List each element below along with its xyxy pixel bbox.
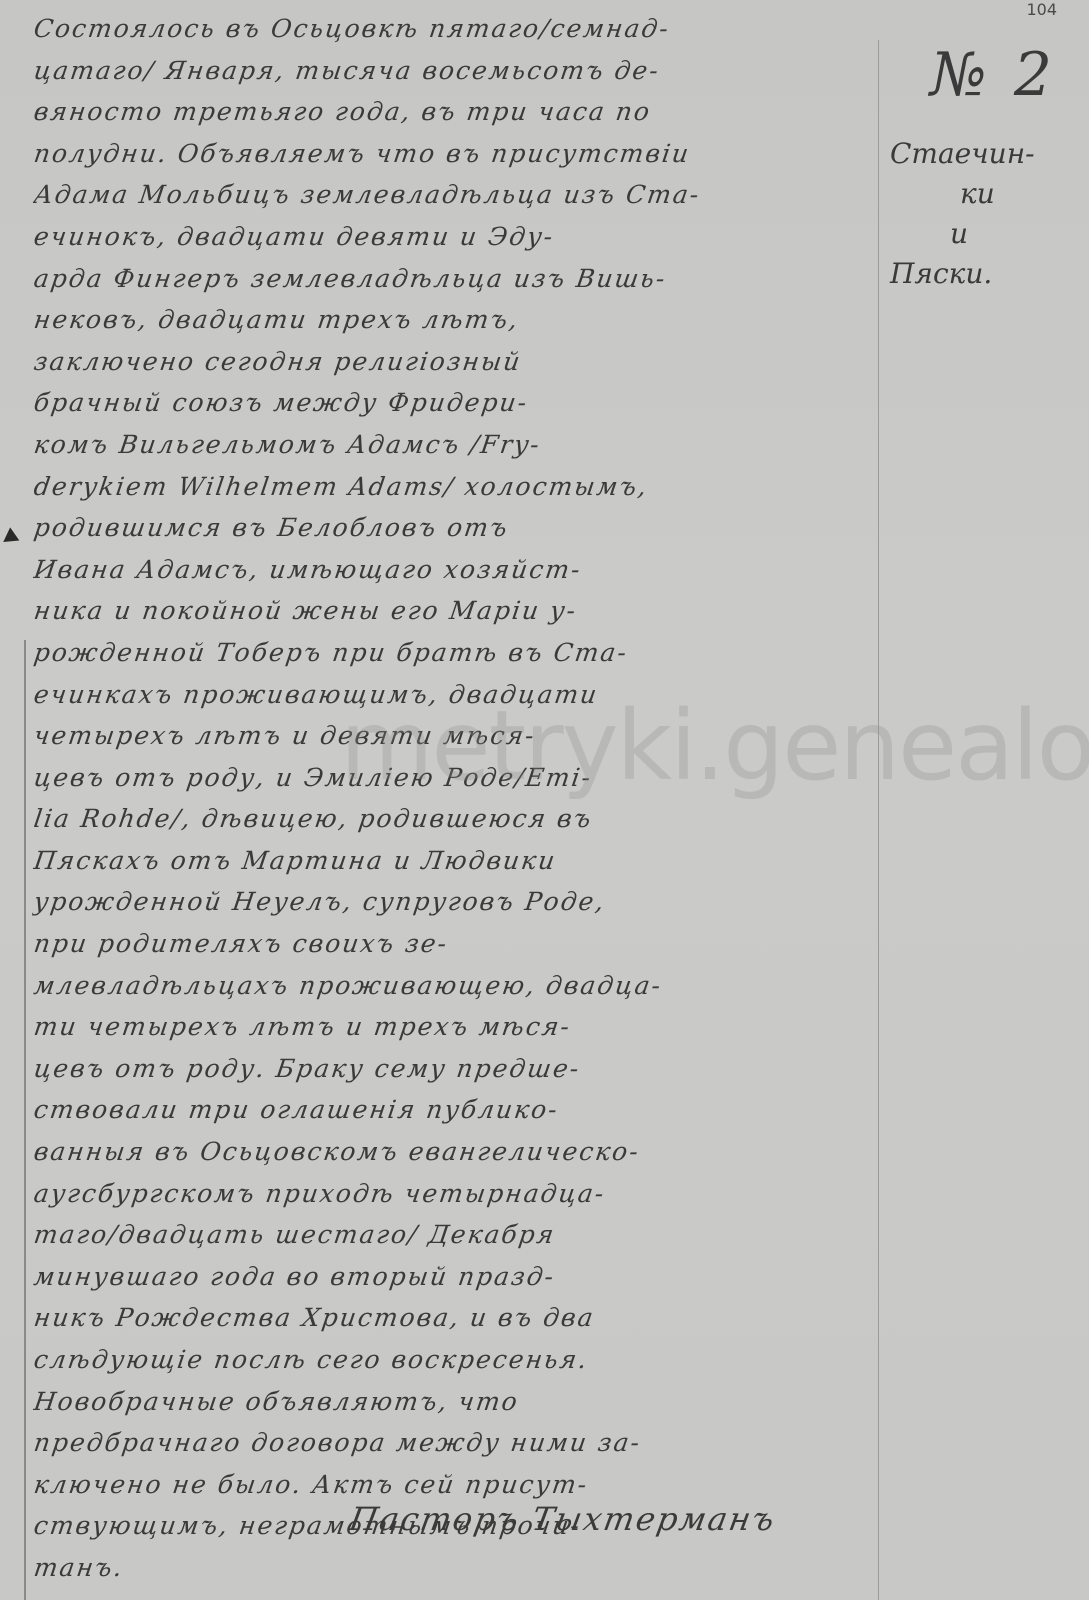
- act-number: № 2: [930, 40, 1080, 110]
- record-line: derykiem Wilhelmem Adams/ холостымъ,: [31, 466, 887, 508]
- document-page: 104 Состоялось въ Осьцовкѣ пятаго/семнад…: [0, 0, 1089, 1600]
- record-line: полудни. Объявляемъ что въ присутствіи: [31, 133, 887, 175]
- record-line: ечинкахъ проживающимъ, двадцати: [31, 674, 887, 716]
- record-line: Ивана Адамсъ, имѣющаго хозяйст-: [31, 549, 887, 591]
- record-line: ечинокъ, двадцати девяти и Эду-: [31, 216, 887, 258]
- record-line: цатаго/ Января, тысяча восемьсотъ де-: [31, 50, 887, 92]
- record-line: аугсбургскомъ приходѣ четырнадца-: [31, 1173, 887, 1215]
- record-line: Состоялось въ Осьцовкѣ пятаго/семнад-: [31, 8, 887, 50]
- record-line: комъ Вильгельмомъ Адамсъ /Fry-: [31, 424, 887, 466]
- record-line: ти четырехъ лѣтъ и трехъ мѣся-: [31, 1006, 887, 1048]
- record-line: ника и покойной жены его Маріи у-: [31, 590, 887, 632]
- record-line: Адама Мольбицъ землевладѣльца изъ Ста-: [31, 174, 887, 216]
- margin-note: № 2 Стаечин- ки и Пяски.: [890, 40, 1080, 294]
- record-line: вяносто третьяго года, въ три часа по: [31, 91, 887, 133]
- pastor-signature: Пасторъ Тыхтерманъ: [347, 1500, 779, 1538]
- margin-place-2: Пяски.: [890, 254, 1080, 294]
- record-line: четырехъ лѣтъ и девяти мѣся-: [31, 715, 887, 757]
- record-line: танъ.: [31, 1547, 887, 1589]
- record-line: таго/двадцать шестаго/ Декабря: [31, 1214, 887, 1256]
- record-line: при родителяхъ своихъ зе-: [31, 923, 887, 965]
- record-line: брачный союзъ между Фридери-: [31, 382, 887, 424]
- margin-conjunction: и: [950, 214, 1080, 254]
- record-line: lia Rohde/, дѣвицею, родившеюся въ: [31, 798, 887, 840]
- margin-place-1-cont: ки: [960, 174, 1080, 214]
- record-line: ствовали три оглашенія публико-: [31, 1089, 887, 1131]
- record-line: предбрачнаго договора между ними за-: [31, 1422, 887, 1464]
- folio-number: 104: [1026, 0, 1057, 19]
- record-line: млевладѣльцахъ проживающею, двадца-: [31, 965, 887, 1007]
- pencil-arrow-mark: [0, 527, 19, 548]
- record-line: ванныя въ Осьцовскомъ евангелическо-: [31, 1131, 887, 1173]
- record-line: арда Фингеръ землевладѣльца изъ Вишь-: [31, 258, 887, 300]
- margin-place-1: Стаечин-: [890, 134, 1080, 174]
- record-line: цевъ отъ роду, и Эмиліею Роде/Emi-: [31, 757, 887, 799]
- record-line: Новобрачные объявляютъ, что: [31, 1381, 887, 1423]
- record-line: нековъ, двадцати трехъ лѣтъ,: [31, 299, 887, 341]
- record-line: родившимся въ Белобловъ отъ: [31, 507, 887, 549]
- record-line: урожденной Неуелъ, супруговъ Роде,: [31, 881, 887, 923]
- record-line: слѣдующіе послѣ сего воскресенья.: [31, 1339, 887, 1381]
- record-line: цевъ отъ роду. Браку сему предше-: [31, 1048, 887, 1090]
- record-line: заключено сегодня религіозный: [31, 341, 887, 383]
- record-line: Пяскахъ отъ Мартина и Людвики: [31, 840, 887, 882]
- record-line: рожденной Тоберъ при братѣ въ Ста-: [31, 632, 887, 674]
- left-margin-rule: [24, 640, 26, 1600]
- record-line: минувшаго года во вторый празд-: [31, 1256, 887, 1298]
- record-line: никъ Рождества Христова, и въ два: [31, 1297, 887, 1339]
- record-body: Состоялось въ Осьцовкѣ пятаго/семнад-цат…: [34, 8, 884, 1589]
